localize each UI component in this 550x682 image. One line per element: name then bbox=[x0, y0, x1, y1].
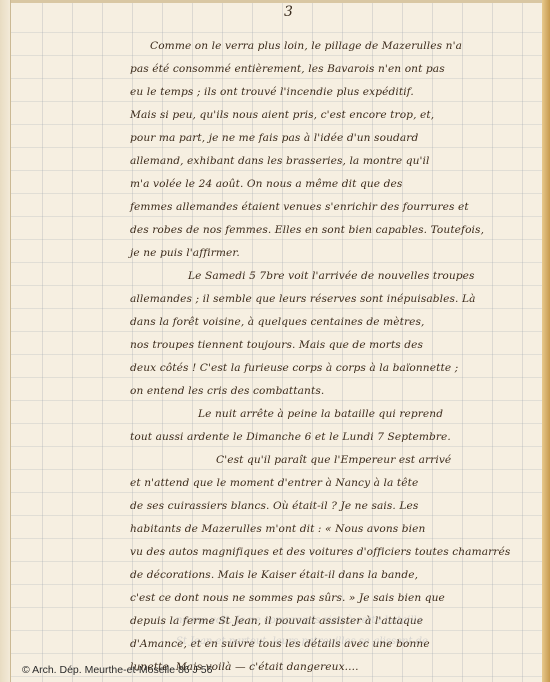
manuscript-line: allemand, exhibant dans les brasseries, … bbox=[130, 150, 542, 173]
manuscript-line: Mais si peu, qu'ils nous aient pris, c'e… bbox=[130, 104, 542, 127]
page-top-edge bbox=[0, 0, 550, 3]
manuscript-line: vu des autos magnifiques et des voitures… bbox=[130, 541, 542, 564]
manuscript-line: de ses cuirassiers blancs. Où était-il ?… bbox=[130, 495, 542, 518]
manuscript-line: Comme on le verra plus loin, le pillage … bbox=[130, 35, 542, 58]
manuscript-line: je ne puis l'affirmer. bbox=[130, 242, 542, 265]
manuscript-line: c'est ce dont nous ne sommes pas sûrs. »… bbox=[130, 587, 542, 610]
manuscript-line: pas été consommé entièrement, les Bavaro… bbox=[130, 58, 542, 81]
manuscript-line: femmes allemandes étaient venues s'enric… bbox=[130, 196, 542, 219]
manuscript-page: 3 Comme on le verra plus loin, le pillag… bbox=[0, 0, 550, 682]
manuscript-line: Le nuit arrête à peine la bataille qui r… bbox=[130, 403, 542, 426]
manuscript-line: C'est qu'il paraît que l'Empereur est ar… bbox=[130, 449, 542, 472]
manuscript-line: pour ma part, je ne me fais pas à l'idée… bbox=[130, 127, 542, 150]
archive-copyright-notice: © Arch. Dép. Meurthe-et-Moselle 86 J 56 bbox=[22, 664, 212, 676]
manuscript-line: nos troupes tiennent toujours. Mais que … bbox=[130, 334, 542, 357]
bleed-through-line: ne me voit. Je ne comprends rien à cette… bbox=[176, 615, 536, 626]
page-right-edge-stain bbox=[542, 0, 550, 682]
manuscript-line: tout aussi ardente le Dimanche 6 et le L… bbox=[130, 426, 542, 449]
manuscript-line: habitants de Mazerulles m'ont dit : « No… bbox=[130, 518, 542, 541]
manuscript-line: Le Samedi 5 7bre voit l'arrivée de nouve… bbox=[130, 265, 542, 288]
manuscript-line: et n'attend que le moment d'entrer à Nan… bbox=[130, 472, 542, 495]
manuscript-line: dans la forêt voisine, à quelques centai… bbox=[130, 311, 542, 334]
manuscript-line: des robes de nos femmes. Elles en sont b… bbox=[130, 219, 542, 242]
manuscript-line: on entend les cris des combattants. bbox=[130, 380, 542, 403]
bleed-through-line: St Jean et partout, leurs patrouilles se… bbox=[176, 636, 536, 647]
manuscript-line: deux côtés ! C'est la furieuse corps à c… bbox=[130, 357, 542, 380]
page-binding-margin bbox=[0, 0, 11, 682]
page-number: 3 bbox=[284, 4, 293, 20]
manuscript-line: de décorations. Mais le Kaiser était-il … bbox=[130, 564, 542, 587]
manuscript-line: m'a volée le 24 août. On nous a même dit… bbox=[130, 173, 542, 196]
manuscript-line: allemandes ; il semble que leurs réserve… bbox=[130, 288, 542, 311]
handwritten-text-block: Comme on le verra plus loin, le pillage … bbox=[130, 35, 542, 679]
manuscript-line: eu le temps ; ils ont trouvé l'incendie … bbox=[130, 81, 542, 104]
